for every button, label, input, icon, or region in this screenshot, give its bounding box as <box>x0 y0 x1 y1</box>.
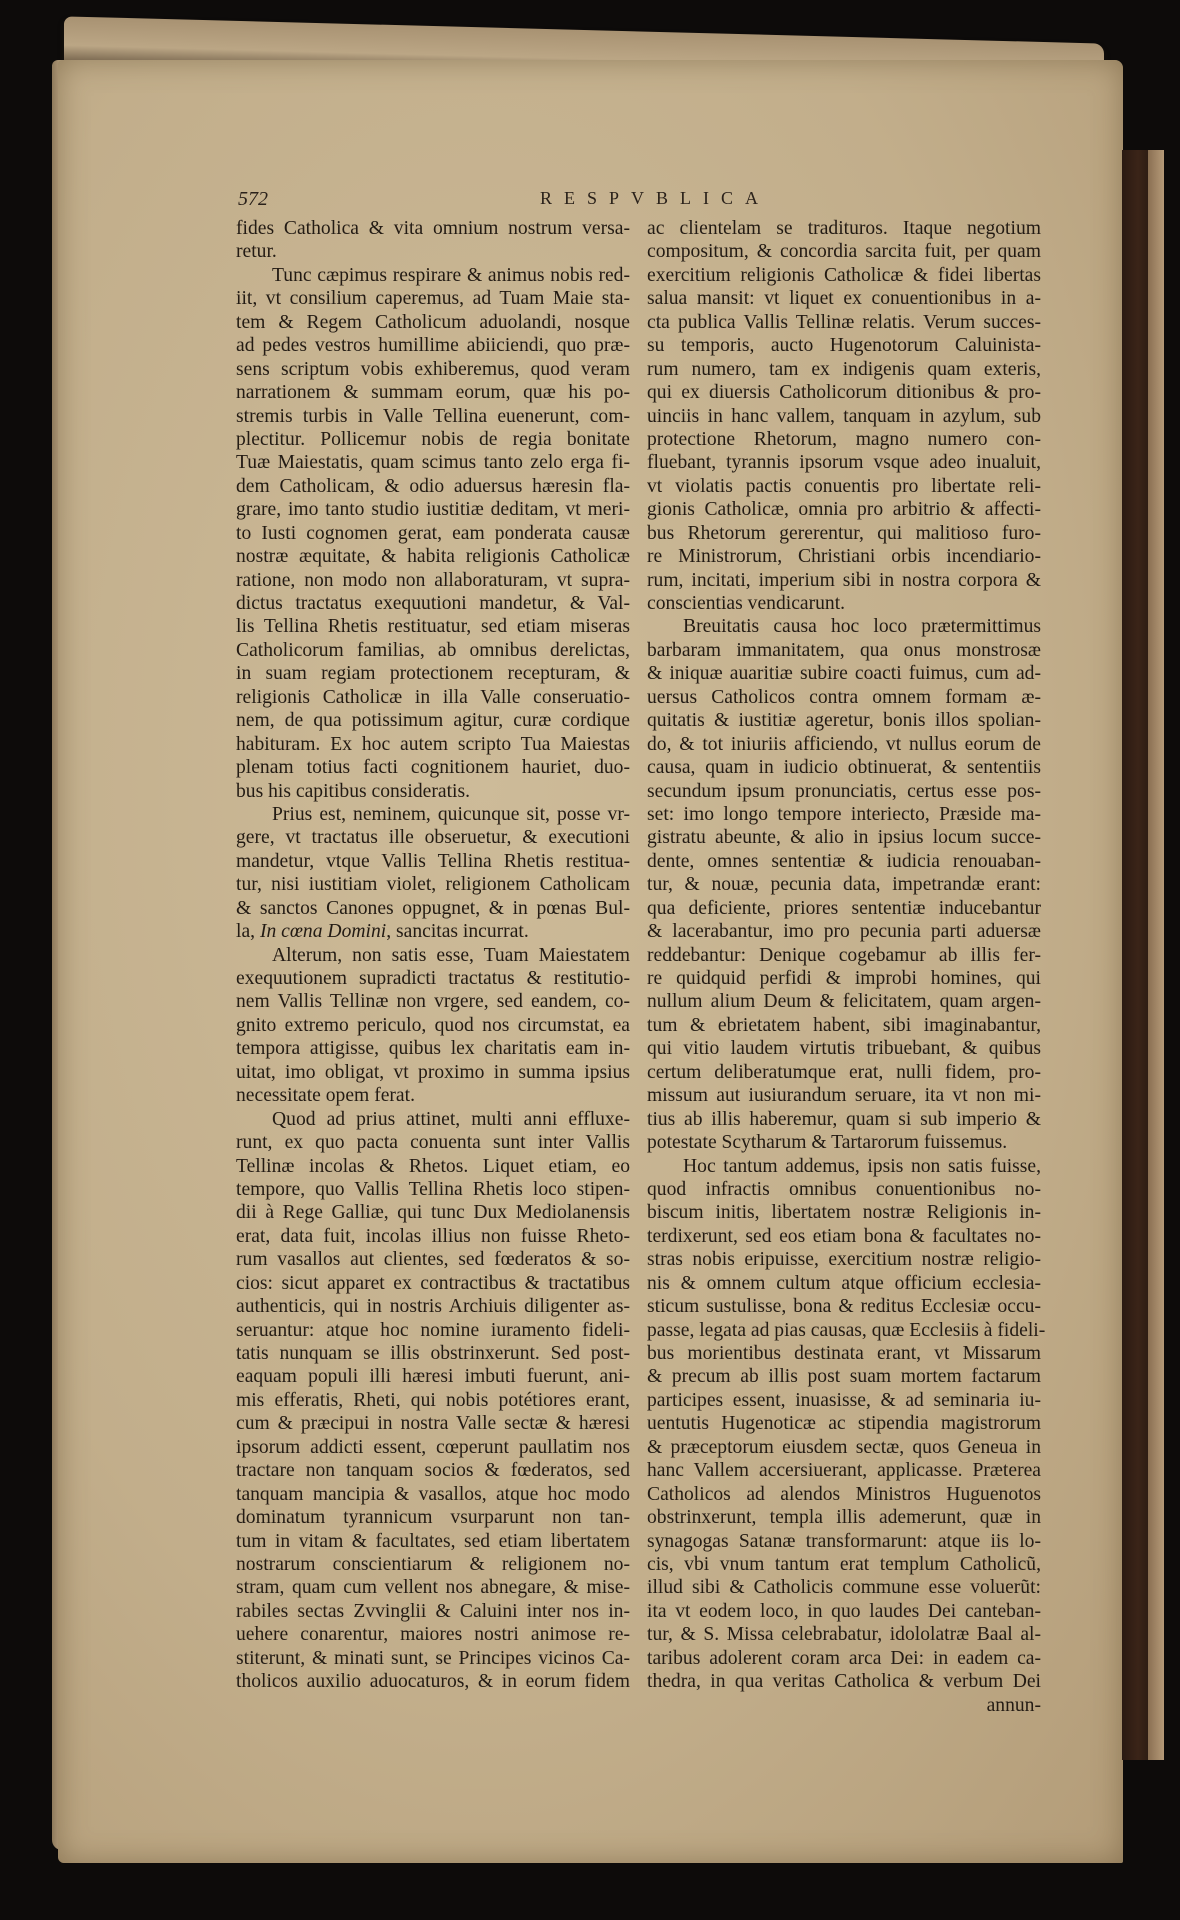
text-line: & lacerabantur, imo pro pecunia parti ad… <box>647 920 1041 943</box>
text-line: compositum, & concordia sarcita fuit, pe… <box>647 240 1041 263</box>
running-head: 572 RESPVBLICA <box>0 188 1180 218</box>
text-line: gistratu abeunte, & alio in ipsius locum… <box>647 826 1041 849</box>
text-line: reddebantur: Denique cogebamur ab illis … <box>647 944 1041 967</box>
text-line: erat, data fuit, incolas illius non fuis… <box>236 1225 630 1248</box>
text-line: Breuitatis causa hoc loco prætermittimus <box>647 615 1041 638</box>
text-line: habituram. Ex hoc autem scripto Tua Maie… <box>236 733 630 756</box>
text-line: cis, vbi vnum tantum erat templum Cathol… <box>647 1553 1041 1576</box>
text-line: vt violatis pactis conuentis pro liberta… <box>647 475 1041 498</box>
text-line: participes essent, inuasisse, & ad semin… <box>647 1389 1041 1412</box>
text-line: retur. <box>236 240 630 263</box>
text-line: fluebant, tyrannis ipsorum vsque adeo in… <box>647 451 1041 474</box>
text-line: mandetur, vtque Vallis Tellina Rhetis re… <box>236 850 630 873</box>
text-line: cios: sicut apparet ex contractibus & tr… <box>236 1272 630 1295</box>
text-line: illud sibi & Catholicis commune esse vol… <box>647 1576 1041 1599</box>
text-line: stras nobis eripuisse, exercitium nostræ… <box>647 1248 1041 1271</box>
text-line: do, & tot iniuriis afficiendo, vt nullus… <box>647 733 1041 756</box>
text-line: tempora attigisse, quibus lex charitatis… <box>236 1037 630 1060</box>
text-line: thedra, in qua veritas Catholica & verbu… <box>647 1670 1041 1693</box>
text-line: tur, & nouæ, pecunia data, impetrandæ er… <box>647 873 1041 896</box>
text-line: religionis Catholicæ in illa Valle conse… <box>236 686 630 709</box>
text-line: authenticis, qui in nostris Archiuis dil… <box>236 1295 630 1318</box>
text-line: Tuæ Maiestatis, quam scimus tanto zelo e… <box>236 451 630 474</box>
text-line: hanc Vallem accersiuerant, applicasse. P… <box>647 1459 1041 1482</box>
page-number: 572 <box>238 188 268 211</box>
text-line: conscientias vendicarunt. <box>647 592 1041 615</box>
text-line: tur, & S. Missa celebrabatur, idololatræ… <box>647 1623 1041 1646</box>
text-line: dominatum tyrannicum vsurparunt non tan- <box>236 1506 630 1529</box>
text-line: rum vasallos aut clientes, sed fœderatos… <box>236 1248 630 1271</box>
text-line: qui ex diuersis Catholicorum ditionibus … <box>647 381 1041 404</box>
text-line: ita vt eodem loco, in quo laudes Dei can… <box>647 1600 1041 1623</box>
text-line: ac clientelam se tradituros. Itaque nego… <box>647 217 1041 240</box>
text-line: Catholicorum familias, ab omnibus dereli… <box>236 639 630 662</box>
text-line: causa, quam in iudicio obtinuerat, & sen… <box>647 756 1041 779</box>
text-line: salua mansit: vt liquet ex conuentionibu… <box>647 287 1041 310</box>
text-line: mis efferatis, Rheti, qui nobis potétior… <box>236 1389 630 1412</box>
text-line: nem Vallis Tellinæ non vrgere, sed eande… <box>236 990 630 1013</box>
next-page-edge <box>1148 150 1164 1760</box>
text-line: bus Rhetorum gererentur, qui malitioso f… <box>647 522 1041 545</box>
text-line: barbaram immanitatem, qua onus monstrosæ <box>647 639 1041 662</box>
text-line: nostrarum conscientiarum & religionem no… <box>236 1553 630 1576</box>
running-title: RESPVBLICA <box>540 188 770 209</box>
text-line: re quidquid perfidi & improbi homines, q… <box>647 967 1041 990</box>
text-line: tur, nisi iustitiam violet, religionem C… <box>236 873 630 896</box>
text-line: nostræ æquitate, & habita religionis Cat… <box>236 545 630 568</box>
text-line: quitatis & iustitiæ ageretur, bonis illo… <box>647 709 1041 732</box>
text-line: nem, de qua potissimum agitur, curæ cord… <box>236 709 630 732</box>
text-column-right: ac clientelam se tradituros. Itaque nego… <box>647 217 1041 1717</box>
text-line: synagogas Satanæ transformarunt: atque i… <box>647 1530 1041 1553</box>
text-line: ratione, non modo non allaboraturam, vt … <box>236 569 630 592</box>
text-line: uinciis in hanc vallem, tanquam in azylu… <box>647 405 1041 428</box>
text-line: iit, vt consilium caperemus, ad Tuam Mai… <box>236 287 630 310</box>
text-line: taribus adolerent coram arca Dei: in ead… <box>647 1647 1041 1670</box>
text-line: quod infractis omnibus conuentionibus no… <box>647 1178 1041 1201</box>
text-line: fides Catholica & vita omnium nostrum ve… <box>236 217 630 240</box>
text-line: dente, omnes sententiæ & iudicia renouab… <box>647 850 1041 873</box>
text-line: Tellinæ incolas & Rhetos. Liquet etiam, … <box>236 1155 630 1178</box>
text-line: secundum ipsum pronunciatis, certus esse… <box>647 780 1041 803</box>
text-line: uehere conarentur, maiores nostri animos… <box>236 1623 630 1646</box>
text-line: tempore, quo Vallis Tellina Rhetis loco … <box>236 1178 630 1201</box>
text-line: stiterunt, & minati sunt, se Principes v… <box>236 1647 630 1670</box>
catchword: annun- <box>647 1694 1041 1717</box>
text-line: qui vitio laudem virtutis tribuebant, & … <box>647 1037 1041 1060</box>
text-line: missum aut iusiurandum seruare, ita vt n… <box>647 1084 1041 1107</box>
text-line: gnito extremo periculo, quod nos circums… <box>236 1014 630 1037</box>
text-line: nullum alium Deum & felicitatem, quam ar… <box>647 990 1041 1013</box>
text-line: Quod ad prius attinet, multi anni efflux… <box>236 1108 630 1131</box>
text-line: potestate Scytharum & Tartarorum fuissem… <box>647 1131 1041 1154</box>
text-line: bus his capitibus consideratis. <box>236 780 630 803</box>
text-line: Prius est, neminem, quicunque sit, posse… <box>236 803 630 826</box>
text-line: to Iusti cognomen gerat, eam ponderata c… <box>236 522 630 545</box>
text-line: eaquam populi illi hæresi imbuti fuerunt… <box>236 1365 630 1388</box>
text-line: grare, imo tanto studio iustitiæ deditam… <box>236 498 630 521</box>
text-line: dictus tractatus exequutioni mandetur, &… <box>236 592 630 615</box>
text-line: cta publica Vallis Tellinæ relatis. Veru… <box>647 311 1041 334</box>
text-line: obstrinxerunt, templa illis ademerunt, q… <box>647 1506 1041 1529</box>
text-line: dem Catholicam, & odio aduersus hæresin … <box>236 475 630 498</box>
text-line: ad pedes vestros humillime abiiciendi, q… <box>236 334 630 357</box>
text-line: uentutis Hugenoticæ ac stipendia magistr… <box>647 1412 1041 1435</box>
text-line: plenam totius facti cognitionem hauriet,… <box>236 756 630 779</box>
text-line: tholicos auxilio aduocaturos, & in eorum… <box>236 1670 630 1693</box>
text-line: & præceptorum eiusdem sectæ, quos Geneua… <box>647 1436 1041 1459</box>
text-line: runt, ex quo pacta conuenta sunt inter V… <box>236 1131 630 1154</box>
text-line: su temporis, aucto Hugenotorum Caluinist… <box>647 334 1041 357</box>
text-line: Tunc cæpimus respirare & animus nobis re… <box>236 264 630 287</box>
text-line: exequutionem supradicti tractatus & rest… <box>236 967 630 990</box>
text-line: rum, incitati, imperium sibi in nostra c… <box>647 569 1041 592</box>
text-line: uersus Catholicos contra omnem formam æ- <box>647 686 1041 709</box>
text-line: seruantur: atque hoc nomine iuramento fi… <box>236 1319 630 1342</box>
text-line: tem & Regem Catholicum aduolandi, nosque <box>236 311 630 334</box>
text-line: stram, quam cum vellent nos abnegare, & … <box>236 1576 630 1599</box>
text-line: set: imo longo tempore interiecto, Præsi… <box>647 803 1041 826</box>
text-line: nis & omnem cultum atque officium eccles… <box>647 1272 1041 1295</box>
text-line: narrationem & summam eorum, quæ his po- <box>236 381 630 404</box>
text-line: Hoc tantum addemus, ipsis non satis fuis… <box>647 1155 1041 1178</box>
text-line: certum deliberatumque erat, nulli fidem,… <box>647 1061 1041 1084</box>
text-line: sens scriptum vobis exhiberemus, quod ve… <box>236 358 630 381</box>
text-line: necessitate opem ferat. <box>236 1084 630 1107</box>
text-line: cum & præcipui in nostra Valle sectæ & h… <box>236 1412 630 1435</box>
text-line: protectione Rhetorum, magno numero con- <box>647 428 1041 451</box>
text-line: in suam regiam protectionem recepturam, … <box>236 662 630 685</box>
text-line: biscum initis, libertatem nostræ Religio… <box>647 1201 1041 1224</box>
text-line: sticum sustulisse, bona & reditus Eccles… <box>647 1295 1041 1318</box>
text-line: ipsorum addicti essent, cœperunt paullat… <box>236 1436 630 1459</box>
text-line: tum & ebrietatem habent, sibi imaginaban… <box>647 1014 1041 1037</box>
text-line: & iniquæ auaritiæ subire coacti fuimus, … <box>647 662 1041 685</box>
text-line: tius ab illis haberemur, quam si sub imp… <box>647 1108 1041 1131</box>
text-line: tatis nunquam se illis obstrinxerunt. Se… <box>236 1342 630 1365</box>
text-line: lis Tellina Rhetis restituatur, sed etia… <box>236 615 630 638</box>
text-line: uitat, imo obligat, vt proximo in summa … <box>236 1061 630 1084</box>
text-line: bus morientibus destinata erant, vt Miss… <box>647 1342 1041 1365</box>
text-line: Catholicos ad alendos Ministros Huguenot… <box>647 1483 1041 1506</box>
text-line: rum numero, tam ex indigenis quam exteri… <box>647 358 1041 381</box>
text-line: & sanctos Canones oppugnet, & in pœnas B… <box>236 897 630 920</box>
text-line: gere, vt tractatus ille obseruetur, & ex… <box>236 826 630 849</box>
text-line: plectitur. Pollicemur nobis de regia bon… <box>236 428 630 451</box>
text-line: qua deficiente, priores sententiæ induce… <box>647 897 1041 920</box>
text-line: tum in vitam & facultates, sed etiam lib… <box>236 1530 630 1553</box>
text-line: Alterum, non satis esse, Tuam Maiestatem <box>236 944 630 967</box>
text-line: dii à Rege Galliæ, qui tunc Dux Mediolan… <box>236 1201 630 1224</box>
text-line: rabiles sectas Zvvinglii & Caluini inter… <box>236 1600 630 1623</box>
text-line: re Ministrorum, Christiani orbis incendi… <box>647 545 1041 568</box>
text-line: tanquam mancipia & vasallos, atque hoc m… <box>236 1483 630 1506</box>
text-line: & precum ab illis post suam mortem facta… <box>647 1365 1041 1388</box>
text-line: terdixerunt, sed eos etiam bona & facult… <box>647 1225 1041 1248</box>
text-line: la, In cœna Domini, sancitas incurrat. <box>236 920 630 943</box>
text-line: stremis turbis in Valle Tellina euenerun… <box>236 405 630 428</box>
text-line: passe, legata ad pias causas, quæ Eccles… <box>647 1319 1041 1342</box>
text-column-left: fides Catholica & vita omnium nostrum ve… <box>236 217 630 1694</box>
text-line: tractare non tanquam socios & fœderatos,… <box>236 1459 630 1482</box>
text-line: exercitium religionis Catholicæ & fidei … <box>647 264 1041 287</box>
text-line: gionis Catholicæ, omnia pro arbitrio & a… <box>647 498 1041 521</box>
